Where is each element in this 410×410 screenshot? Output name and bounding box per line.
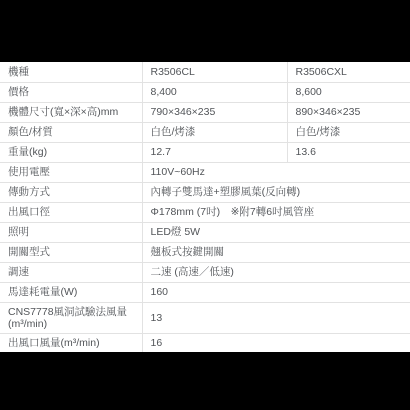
spec-label: 使用電壓 <box>0 162 142 182</box>
spec-value: 內轉子雙馬達+塑膠風葉(反向轉) <box>142 182 410 202</box>
spec-table-area: 機種R3506CLR3506CXL價格8,4008,600機體尺寸(寬×深×高)… <box>0 62 410 352</box>
table-row: 機種R3506CLR3506CXL <box>0 62 410 82</box>
table-row: 出風口徑Φ178mm (7吋) ※附7轉6吋風管座 <box>0 202 410 222</box>
spec-label: CNS7778風洞試驗法風量(m³/min) <box>0 302 142 333</box>
spec-label: 調速 <box>0 262 142 282</box>
letterbox-bottom <box>0 352 410 410</box>
spec-table-body: 機種R3506CLR3506CXL價格8,4008,600機體尺寸(寬×深×高)… <box>0 62 410 353</box>
spec-value: 白色/烤漆 <box>142 122 287 142</box>
spec-label: 馬達耗電量(W) <box>0 282 142 302</box>
spec-value: R3506CXL <box>287 62 410 82</box>
screen: 機種R3506CLR3506CXL價格8,4008,600機體尺寸(寬×深×高)… <box>0 0 410 410</box>
spec-label: 出風口徑 <box>0 202 142 222</box>
spec-label: 價格 <box>0 82 142 102</box>
table-row: 傳動方式內轉子雙馬達+塑膠風葉(反向轉) <box>0 182 410 202</box>
table-row: 價格8,4008,600 <box>0 82 410 102</box>
spec-value: LED燈 5W <box>142 222 410 242</box>
spec-value: 160 <box>142 282 410 302</box>
spec-value: R3506CL <box>142 62 287 82</box>
spec-value: 8,400 <box>142 82 287 102</box>
spec-label: 照明 <box>0 222 142 242</box>
spec-label: 傳動方式 <box>0 182 142 202</box>
letterbox-top <box>0 0 410 62</box>
spec-value: 12.7 <box>142 142 287 162</box>
table-row: 機體尺寸(寬×深×高)mm790×346×235890×346×235 <box>0 102 410 122</box>
spec-table: 機種R3506CLR3506CXL價格8,4008,600機體尺寸(寬×深×高)… <box>0 62 410 353</box>
spec-label: 重量(kg) <box>0 142 142 162</box>
spec-value: 16 <box>142 333 410 353</box>
spec-label: 開關型式 <box>0 242 142 262</box>
spec-value: 13 <box>142 302 410 333</box>
spec-value: Φ178mm (7吋) ※附7轉6吋風管座 <box>142 202 410 222</box>
table-row: 調速二速 (高速／低速) <box>0 262 410 282</box>
spec-value: 白色/烤漆 <box>287 122 410 142</box>
spec-value: 8,600 <box>287 82 410 102</box>
table-row: CNS7778風洞試驗法風量(m³/min)13 <box>0 302 410 333</box>
table-row: 重量(kg)12.713.6 <box>0 142 410 162</box>
spec-label: 機體尺寸(寬×深×高)mm <box>0 102 142 122</box>
table-row: 照明LED燈 5W <box>0 222 410 242</box>
spec-value: 二速 (高速／低速) <box>142 262 410 282</box>
table-row: 出風口風量(m³/min)16 <box>0 333 410 353</box>
table-row: 馬達耗電量(W)160 <box>0 282 410 302</box>
spec-label: 顏色/材質 <box>0 122 142 142</box>
spec-value: 790×346×235 <box>142 102 287 122</box>
table-row: 顏色/材質白色/烤漆白色/烤漆 <box>0 122 410 142</box>
spec-value: 13.6 <box>287 142 410 162</box>
table-row: 使用電壓110V~60Hz <box>0 162 410 182</box>
spec-value: 翹板式按鍵開關 <box>142 242 410 262</box>
spec-label: 出風口風量(m³/min) <box>0 333 142 353</box>
spec-value: 890×346×235 <box>287 102 410 122</box>
spec-value: 110V~60Hz <box>142 162 410 182</box>
spec-label: 機種 <box>0 62 142 82</box>
table-row: 開關型式翹板式按鍵開關 <box>0 242 410 262</box>
